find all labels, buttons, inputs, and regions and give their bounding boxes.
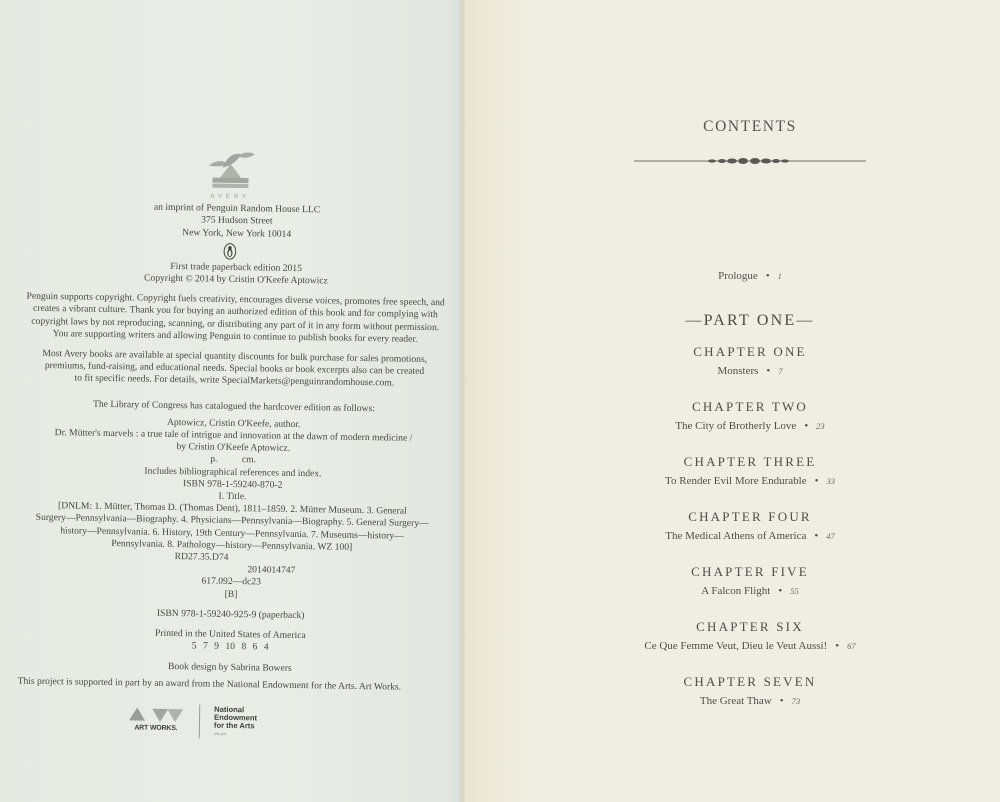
page-number: 67 — [847, 641, 856, 651]
page-number: 1 — [778, 271, 782, 281]
copyright-block: AVERY an imprint of Penguin Random House… — [19, 147, 448, 742]
toc-entry-chapter-four[interactable]: CHAPTER FOUR The Medical Athens of Ameri… — [560, 509, 940, 543]
toc-entry-prologue[interactable]: Prologue•1 — [560, 270, 940, 282]
table-of-contents: CONTENTS Prologue•1 —PART ONE— CHAPTER O… — [560, 118, 940, 708]
toc-entry-chapter-three[interactable]: CHAPTER THREE To Render Evil More Endura… — [560, 454, 940, 488]
chapter-title: The Medical Athens of America — [665, 530, 806, 542]
avery-wordmark: AVERY — [210, 191, 250, 204]
logo-divider — [199, 704, 201, 738]
page-number: 23 — [816, 421, 825, 431]
book-gutter — [458, 0, 466, 802]
nea-logo: National Endowment for the Arts arts.gov — [214, 706, 258, 739]
separator-dot: • — [766, 270, 770, 282]
cip-data-block: The Library of Congress has catalogued t… — [21, 397, 444, 604]
chapter-title: A Falcon Flight — [701, 585, 770, 597]
toc-entry-chapter-one[interactable]: CHAPTER ONE Monsters•7 — [560, 344, 940, 378]
chapter-label: CHAPTER THREE — [560, 454, 940, 470]
page-number: 47 — [826, 531, 835, 541]
separator-dot: • — [804, 419, 808, 433]
ornamental-divider-icon — [634, 156, 866, 166]
prologue-title: Prologue — [718, 270, 758, 282]
copyright-notice: Penguin supports copyright. Copyright fu… — [25, 291, 446, 346]
separator-dot: • — [835, 639, 839, 653]
chapter-label: CHAPTER ONE — [560, 344, 940, 360]
special-sales-notice: Most Avery books are available at specia… — [24, 348, 445, 391]
separator-dot: • — [766, 364, 770, 378]
separator-dot: • — [814, 529, 818, 543]
contents-heading: CONTENTS — [560, 118, 940, 136]
avery-book-leaf-icon — [200, 149, 261, 190]
chapter-title: To Render Evil More Endurable — [665, 475, 807, 487]
art-works-label: ART WORKS. — [134, 722, 177, 735]
chapter-label: CHAPTER TWO — [560, 399, 940, 415]
chapter-label: CHAPTER SEVEN — [560, 674, 940, 690]
toc-entry-chapter-five[interactable]: CHAPTER FIVE A Falcon Flight•55 — [560, 564, 940, 598]
page-number: 73 — [792, 696, 801, 706]
separator-dot: • — [815, 474, 819, 488]
avery-logo: AVERY — [13, 146, 448, 206]
toc-entry-chapter-six[interactable]: CHAPTER SIX Ce Que Femme Veut, Dieu le V… — [560, 619, 940, 653]
part-heading: —PART ONE— — [560, 312, 940, 330]
art-works-logo: ART WORKS. — [127, 706, 185, 735]
chapter-label: CHAPTER SIX — [560, 619, 940, 635]
chapter-label: CHAPTER FOUR — [560, 509, 940, 525]
chapter-title: The Great Thaw — [700, 695, 772, 707]
toc-entry-chapter-two[interactable]: CHAPTER TWO The City of Brotherly Love•2… — [560, 399, 940, 433]
art-works-triangles-icon — [127, 706, 185, 723]
nea-sub: arts.gov — [214, 730, 257, 739]
separator-dot: • — [778, 584, 782, 598]
page-number: 33 — [826, 476, 835, 486]
toc-entry-chapter-seven[interactable]: CHAPTER SEVEN The Great Thaw•73 — [560, 674, 940, 708]
nea-logos: ART WORKS. National Endowment for the Ar… — [127, 703, 439, 742]
page-number: 55 — [790, 586, 799, 596]
separator-dot: • — [780, 694, 784, 708]
chapter-title: Monsters — [717, 365, 758, 377]
chapter-title: The City of Brotherly Love — [675, 420, 796, 432]
page-number: 7 — [778, 366, 782, 376]
chapter-title: Ce Que Femme Veut, Dieu le Veut Aussi! — [644, 640, 827, 652]
chapter-label: CHAPTER FIVE — [560, 564, 940, 580]
